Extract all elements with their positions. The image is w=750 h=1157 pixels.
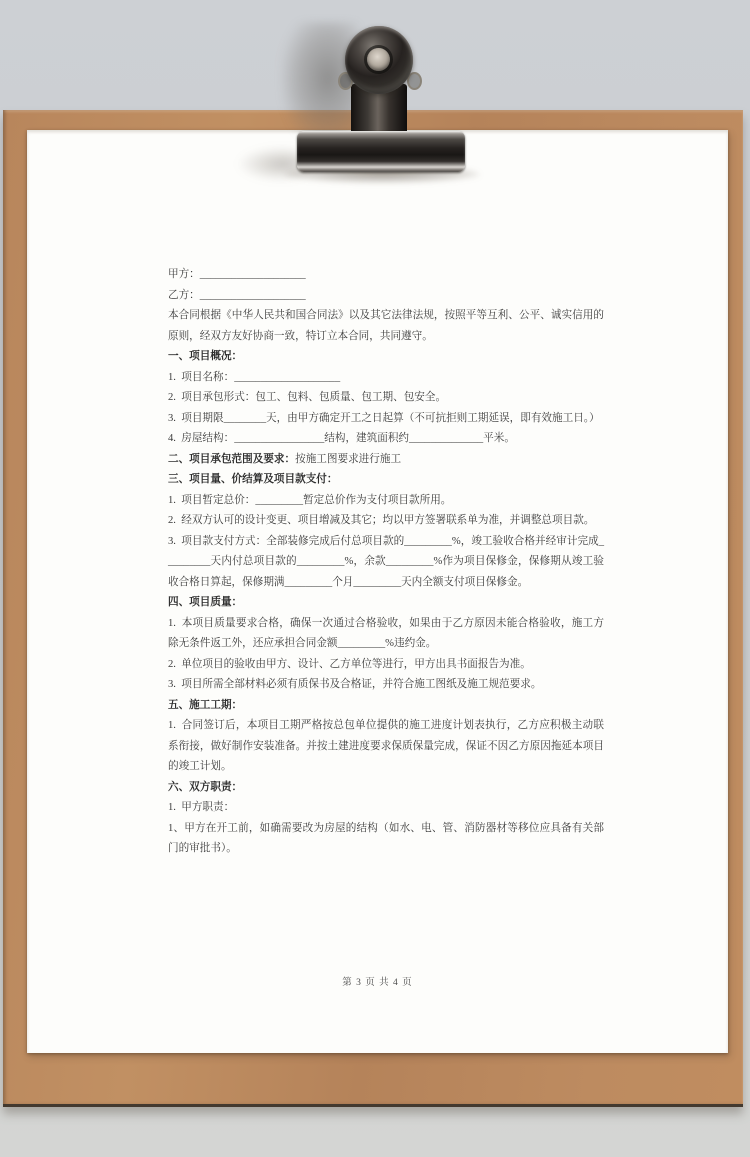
clip-hole-icon <box>367 48 390 71</box>
paragraph-text: 1. 甲方职责： <box>168 802 234 813</box>
paragraph-item: 1. 本项目质量要求合格，确保一次通过合格验收，如果由于乙方原因未能合格验收，施… <box>168 614 604 655</box>
paragraph-text: 乙方：____________________ <box>168 290 306 301</box>
paragraph-heading-text: 五、施工工期： <box>168 700 242 711</box>
paragraph-item: 3. 项目款支付方式：全部装修完成后付总项目款的_________%，竣工验收合… <box>168 532 604 594</box>
paragraph-heading-text: 一、项目概况： <box>168 351 242 362</box>
paragraph-text: 按施工图要求进行施工 <box>295 454 401 465</box>
paragraph-text: 1、甲方在开工前，如确需要改为房屋的结构（如水、电、管、消防器材等移位应具备有关… <box>168 823 604 855</box>
paragraph-heading-text: 六、双方职责： <box>168 782 242 793</box>
paragraph-item: 1. 甲方职责： <box>168 798 604 819</box>
paragraph-item: 1. 合同签订后，本项目工期严格按总包单位提供的施工进度计划表执行，乙方应积极主… <box>168 716 604 778</box>
paragraph-heading-text: 三、项目量、价结算及项目款支付： <box>168 474 338 485</box>
paragraph-item: 3. 项目期限________天，由甲方确定开工之日起算（不可抗拒则工期延误，即… <box>168 409 604 430</box>
paragraph-item: 2. 单位项目的验收由甲方、设计、乙方单位等进行，甲方出具书面报告为准。 <box>168 655 604 676</box>
doc-body: 甲方：____________________乙方：______________… <box>168 265 604 860</box>
paragraph-heading: 四、项目质量： <box>168 593 604 614</box>
scene: 甲方：____________________乙方：______________… <box>0 0 750 1157</box>
paragraph-item: 1. 项目名称：____________________ <box>168 368 604 389</box>
paragraph-text: 1. 本项目质量要求合格，确保一次通过合格验收，如果由于乙方原因未能合格验收，施… <box>168 618 604 650</box>
paragraph-text: 1. 项目名称：____________________ <box>168 372 340 383</box>
paragraph-heading: 一、项目概况： <box>168 347 604 368</box>
paragraph-item: 1、甲方在开工前，如确需要改为房屋的结构（如水、电、管、消防器材等移位应具备有关… <box>168 819 604 860</box>
paragraph-field: 乙方：____________________ <box>168 286 604 307</box>
paragraph-item: 4. 房屋结构：_________________结构，建筑面积约_______… <box>168 429 604 450</box>
paragraph-heading: 六、双方职责： <box>168 778 604 799</box>
paragraph-field: 甲方：____________________ <box>168 265 604 286</box>
paragraph-item: 2. 经双方认可的设计变更、项目增减及其它；均以甲方签署联系单为准，并调整总项目… <box>168 511 604 532</box>
paragraph-text: 3. 项目款支付方式：全部装修完成后付总项目款的_________%，竣工验收合… <box>168 536 604 588</box>
paragraph-text: 1. 合同签订后，本项目工期严格按总包单位提供的施工进度计划表执行，乙方应积极主… <box>168 720 604 772</box>
paragraph-heading: 五、施工工期： <box>168 696 604 717</box>
paragraph-heading-text: 二、项目承包范围及要求： <box>168 454 295 465</box>
paragraph-text: 4. 房屋结构：_________________结构，建筑面积约_______… <box>168 433 515 444</box>
paragraph-text: 1. 项目暂定总价：_________暂定总价作为支付项目款所用。 <box>168 495 451 506</box>
paragraph-item: 3. 项目所需全部材料必须有质保书及合格证，并符合施工图纸及施工规范要求。 <box>168 675 604 696</box>
clip-knob <box>345 26 413 94</box>
paragraph-heading: 二、项目承包范围及要求：按施工图要求进行施工 <box>168 450 604 471</box>
paragraph-text: 2. 项目承包形式：包工、包料、包质量、包工期、包安全。 <box>168 392 446 403</box>
paragraph-text: 甲方：____________________ <box>168 269 306 280</box>
contract-page: 甲方：____________________乙方：______________… <box>27 130 728 1053</box>
paragraph-text: 2. 经双方认可的设计变更、项目增减及其它；均以甲方签署联系单为准，并调整总项目… <box>168 515 594 526</box>
paragraph-item: 2. 项目承包形式：包工、包料、包质量、包工期、包安全。 <box>168 388 604 409</box>
paragraph-heading-text: 四、项目质量： <box>168 597 242 608</box>
clip-bar <box>297 131 465 172</box>
paragraph-heading: 三、项目量、价结算及项目款支付： <box>168 470 604 491</box>
paragraph-item: 1. 项目暂定总价：_________暂定总价作为支付项目款所用。 <box>168 491 604 512</box>
paragraph-text: 2. 单位项目的验收由甲方、设计、乙方单位等进行，甲方出具书面报告为准。 <box>168 659 531 670</box>
page-footer: 第 3 页 共 4 页 <box>27 974 728 988</box>
paragraph-text: 3. 项目期限________天，由甲方确定开工之日起算（不可抗拒则工期延误，即… <box>168 413 600 424</box>
paragraph-text: 3. 项目所需全部材料必须有质保书及合格证，并符合施工图纸及施工规范要求。 <box>168 679 541 690</box>
paragraph-body: 本合同根据《中华人民共和国合同法》以及其它法律法规，按照平等互利、公平、诚实信用… <box>168 306 604 347</box>
paragraph-text: 本合同根据《中华人民共和国合同法》以及其它法律法规，按照平等互利、公平、诚实信用… <box>168 310 604 342</box>
